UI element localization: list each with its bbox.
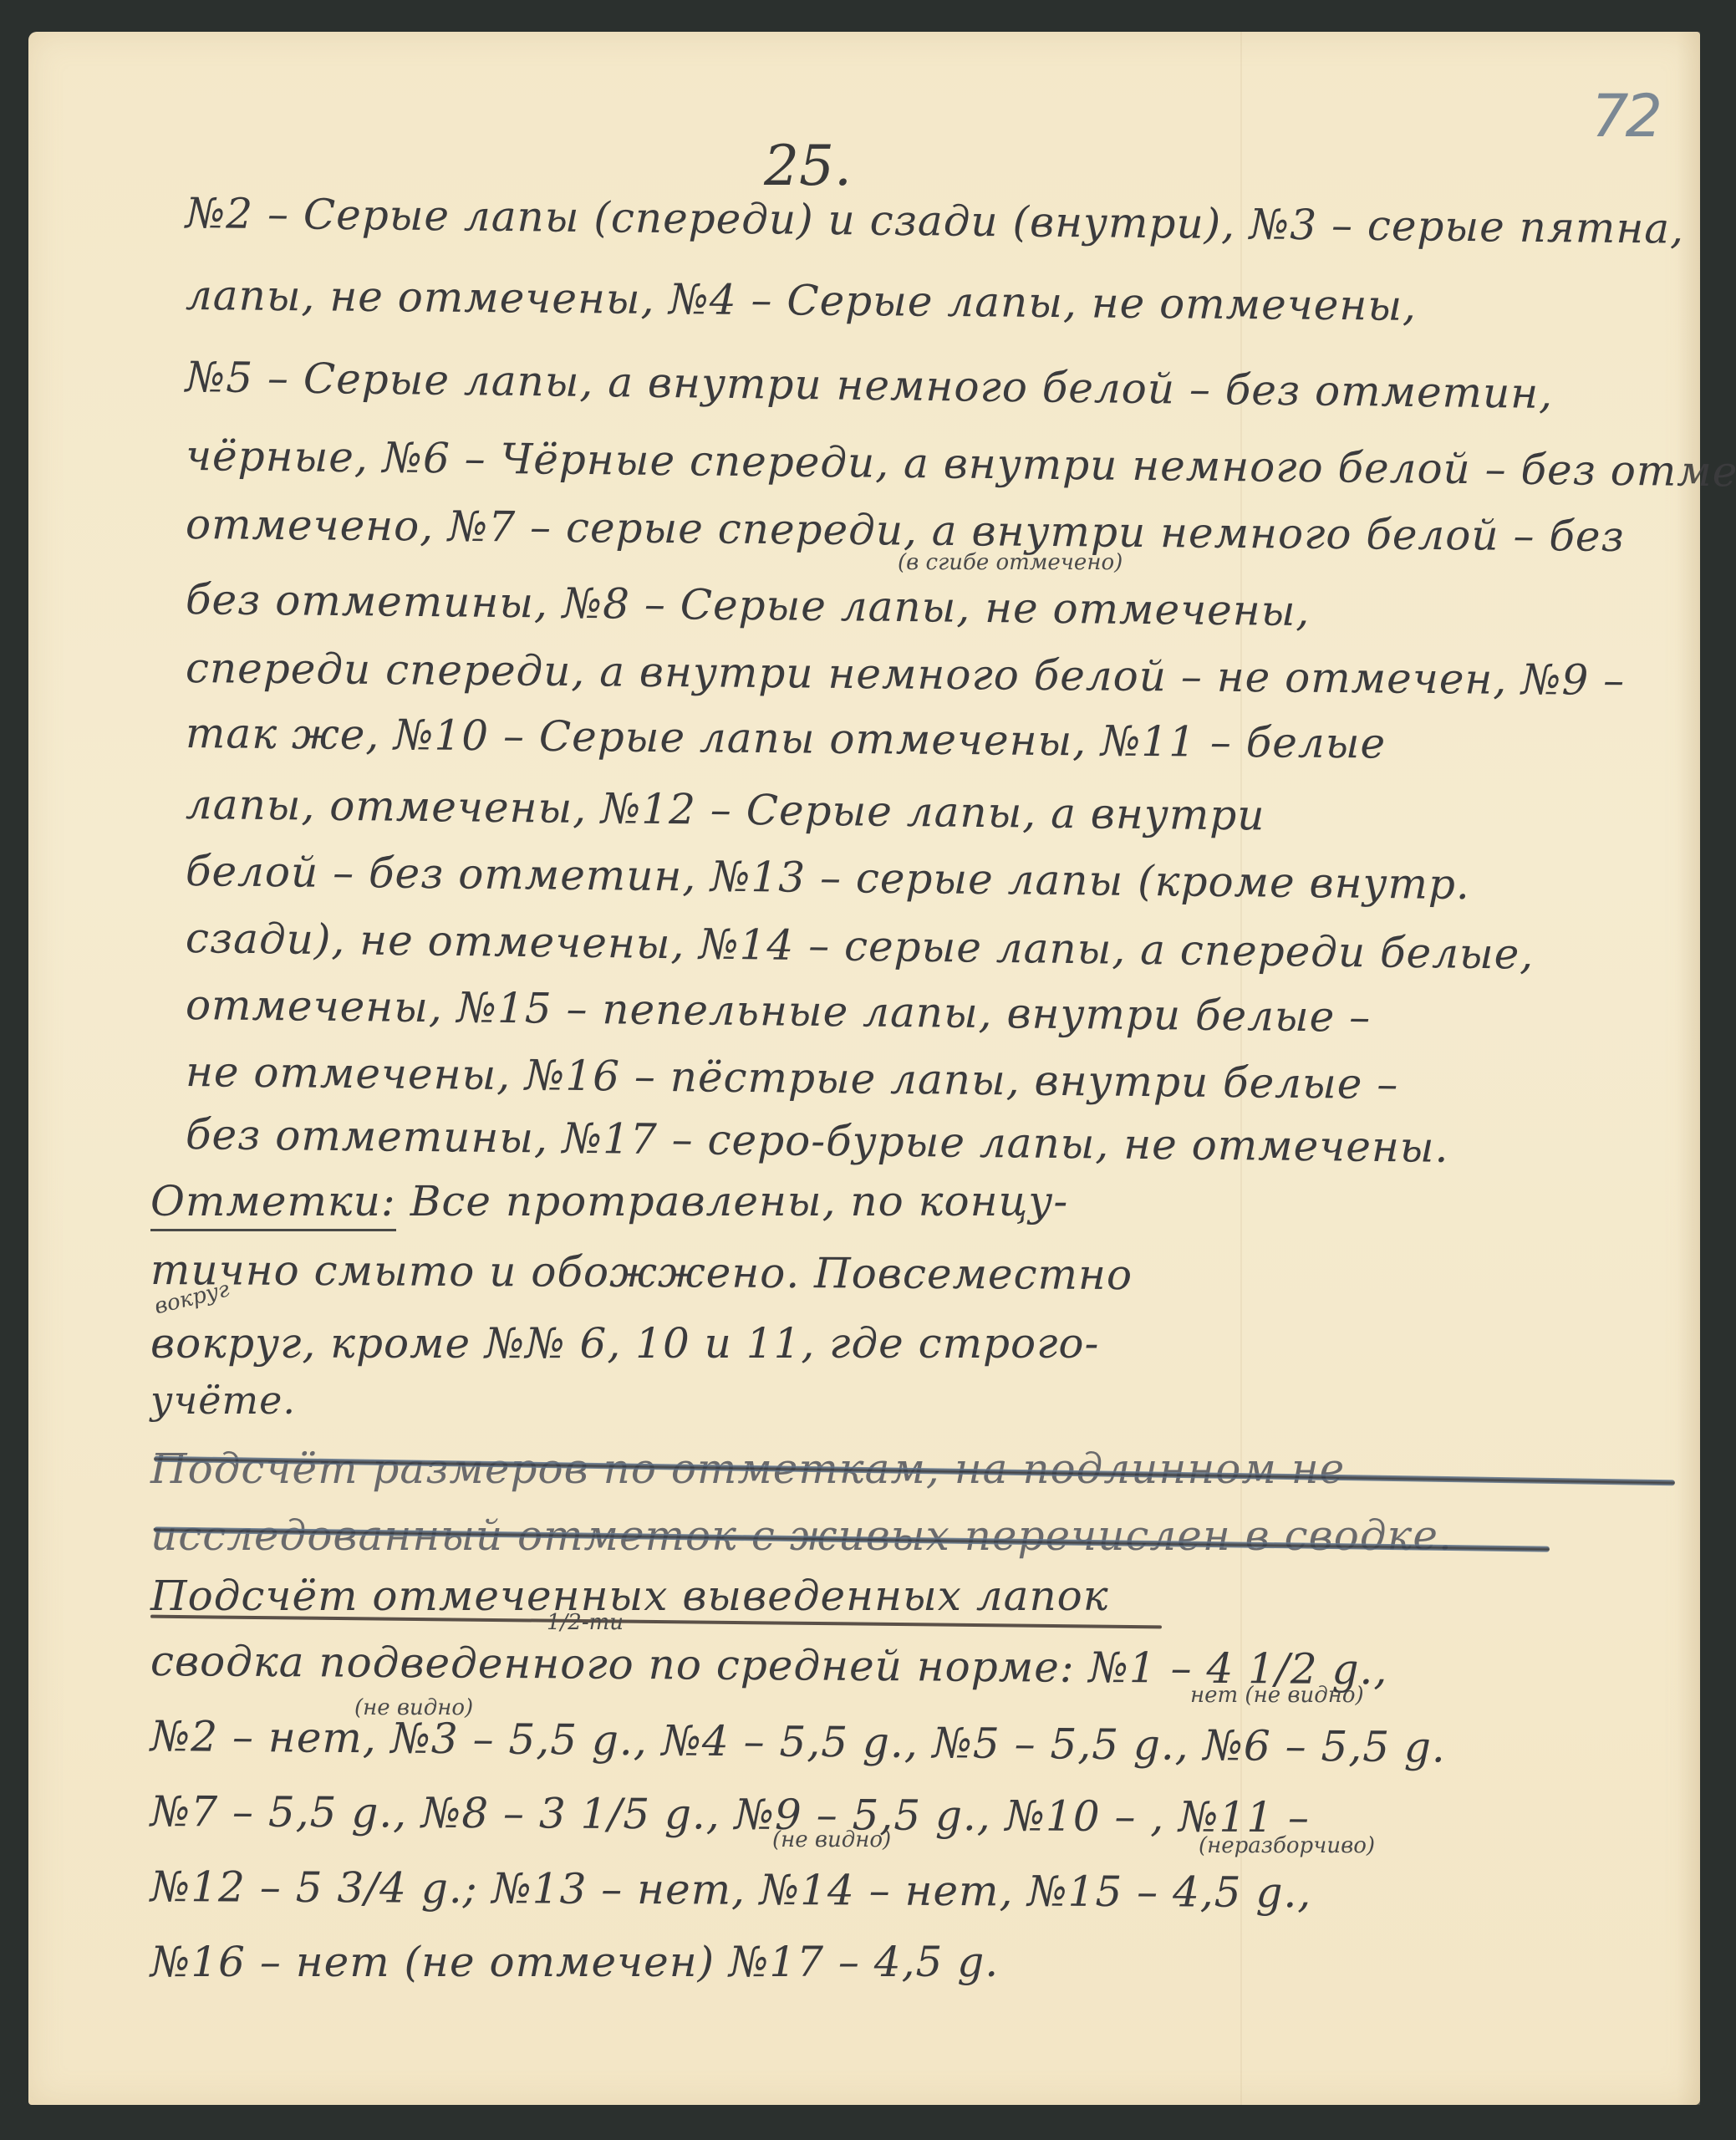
weights-heading: Подсчёт отмеченных выведенных лапок bbox=[150, 1572, 1109, 1620]
remarks-line-1: Отметки: Все протравлены, по концу- bbox=[150, 1177, 1068, 1225]
weights-line-4: №12 – 5 3/4 g.; №13 – нет, №14 – нет, №1… bbox=[150, 1862, 1312, 1917]
weights-line-5: №16 – нет (не отмечен) №17 – 4,5 g. bbox=[150, 1938, 999, 1986]
text-line-4: чёрные, №6 – Чёрные спереди, а внутри не… bbox=[186, 431, 1736, 497]
weights-annotation-no10: (неразборчиво) bbox=[1199, 1833, 1375, 1858]
weights-line-2: №2 – нет, №3 – 5,5 g., №4 – 5,5 g., №5 –… bbox=[150, 1712, 1446, 1772]
weights-annotation-no4: нет (не видно) bbox=[1190, 1683, 1364, 1708]
remarks-text-1: Все протравлены, по концу- bbox=[410, 1177, 1069, 1225]
text-line-8: так же, №10 – Серые лапы отмечены, №11 –… bbox=[186, 709, 1387, 768]
text-line-6: без отметины, №8 – Серые лапы, не отмече… bbox=[186, 575, 1311, 635]
text-line-3: №5 – Серые лапы, а внутри немного белой … bbox=[186, 353, 1554, 418]
text-line-12: отмечены, №15 – пепельные лапы, внутри б… bbox=[186, 981, 1372, 1042]
text-line-11: сзади), не отмечены, №14 – серые лапы, а… bbox=[186, 914, 1535, 979]
weights-line-3: №7 – 5,5 g., №8 – 3 1/5 g., №9 – 5,5 g.,… bbox=[150, 1787, 1310, 1842]
remarks-heading: Отметки: bbox=[150, 1177, 396, 1231]
text-line-7: спереди спереди, а внутри немного белой … bbox=[186, 644, 1626, 705]
weights-annotation-1: 1/2-ти bbox=[547, 1610, 624, 1635]
text-line-1: №2 – Серые лапы (спереди) и сзади (внутр… bbox=[186, 189, 1685, 253]
text-line-10: белой – без отметин, №13 – серые лапы (к… bbox=[186, 847, 1470, 909]
weights-annotation-no13: (не видно) bbox=[772, 1827, 891, 1852]
remarks-line-2: тично смыто и обожжено. Повсеместно bbox=[150, 1246, 1133, 1299]
text-line-13: не отмечены, №16 – пёстрые лапы, внутри … bbox=[186, 1047, 1399, 1108]
text-line-14: без отметины, №17 – серо-бурые лапы, не … bbox=[186, 1110, 1449, 1172]
archive-folio-number: 72 bbox=[1591, 82, 1659, 150]
interlinear-note: (в сгибе отмечено) bbox=[898, 550, 1123, 575]
text-line-2: лапы, не отмечены, №4 – Серые лапы, не о… bbox=[186, 271, 1417, 330]
remarks-line-3: вокруг, кроме №№ 6, 10 и 11, где строго- bbox=[150, 1319, 1099, 1368]
page-number: 25. bbox=[764, 134, 852, 198]
remarks-line-4: учёте. bbox=[150, 1378, 296, 1423]
text-line-9: лапы, отмечены, №12 – Серые лапы, а внут… bbox=[186, 780, 1265, 840]
manuscript-page: 25. 72 №2 – Серые лапы (спереди) и сзади… bbox=[28, 32, 1700, 2105]
